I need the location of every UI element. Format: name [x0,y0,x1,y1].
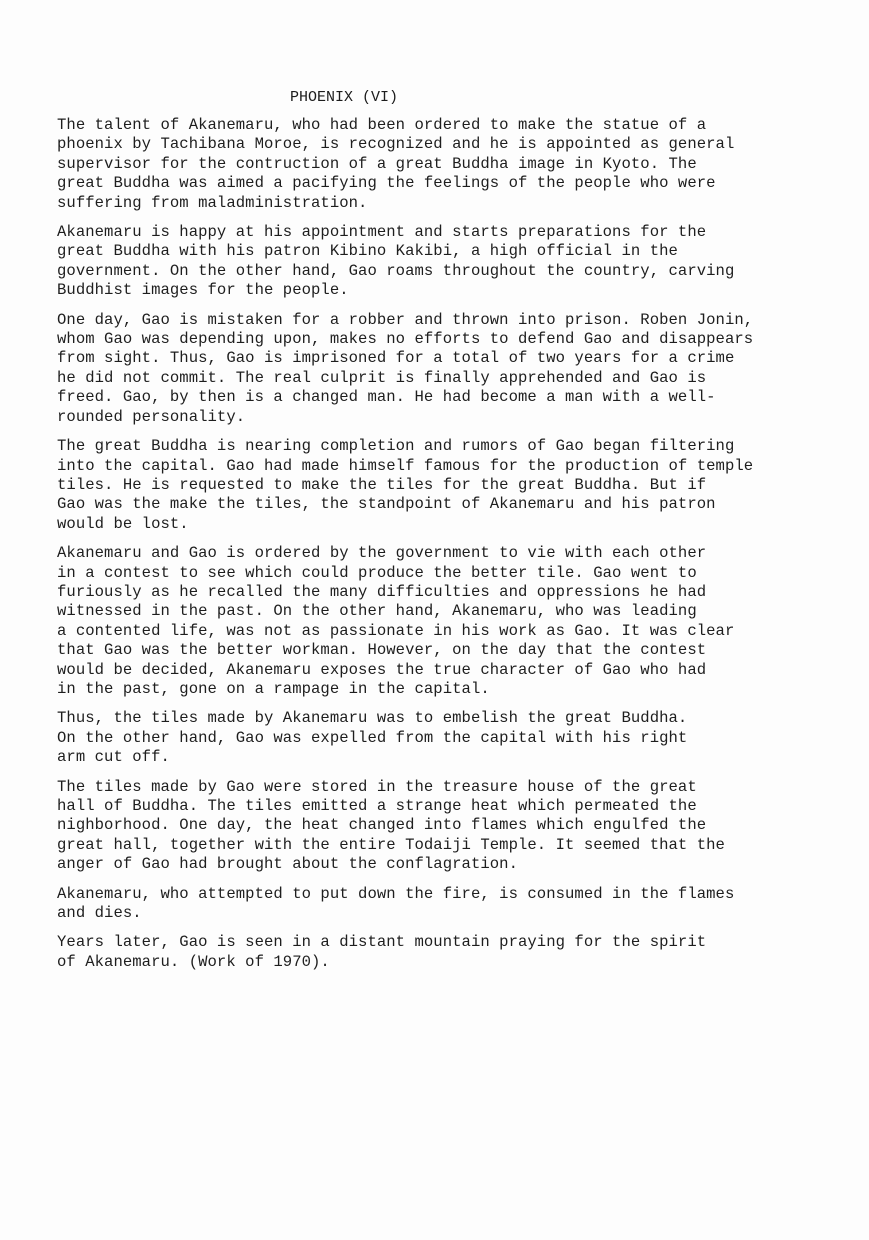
paragraph: Thus, the tiles made by Akanemaru was to… [57,709,817,767]
text-line: great Buddha with his patron Kibino Kaki… [57,242,817,261]
text-line: and dies. [57,904,817,923]
text-line: Years later, Gao is seen in a distant mo… [57,933,817,952]
text-line: On the other hand, Gao was expelled from… [57,729,817,748]
text-line: rounded personality. [57,408,817,427]
text-line: a contented life, was not as passionate … [57,622,817,641]
text-line: Buddhist images for the people. [57,281,817,300]
text-line: whom Gao was depending upon, makes no ef… [57,330,817,349]
text-line: furiously as he recalled the many diffic… [57,583,817,602]
text-line: phoenix by Tachibana Moroe, is recognize… [57,135,817,154]
text-line: witnessed in the past. On the other hand… [57,602,817,621]
text-line: he did not commit. The real culprit is f… [57,369,817,388]
text-line: would be decided, Akanemaru exposes the … [57,661,817,680]
text-line: would be lost. [57,515,817,534]
text-line: supervisor for the contruction of a grea… [57,155,817,174]
text-line: from sight. Thus, Gao is imprisoned for … [57,349,817,368]
text-line: in a contest to see which could produce … [57,564,817,583]
text-line: The tiles made by Gao were stored in the… [57,778,817,797]
text-line: The talent of Akanemaru, who had been or… [57,116,817,135]
paragraph: Years later, Gao is seen in a distant mo… [57,933,817,972]
paragraph: The talent of Akanemaru, who had been or… [57,116,817,213]
text-line: Gao was the make the tiles, the standpoi… [57,495,817,514]
text-line: freed. Gao, by then is a changed man. He… [57,388,817,407]
text-line: in the past, gone on a rampage in the ca… [57,680,817,699]
text-line: nighborhood. One day, the heat changed i… [57,816,817,835]
text-line: Akanemaru, who attempted to put down the… [57,885,817,904]
paragraph: Akanemaru, who attempted to put down the… [57,885,817,924]
document-page: PHOENIX (VI) The talent of Akanemaru, wh… [0,0,869,1240]
text-line: anger of Gao had brought about the confl… [57,855,817,874]
document-body: The talent of Akanemaru, who had been or… [57,116,817,982]
text-line: Akanemaru and Gao is ordered by the gove… [57,544,817,563]
text-line: Thus, the tiles made by Akanemaru was to… [57,709,817,728]
text-line: suffering from maladministration. [57,194,817,213]
text-line: great Buddha was aimed a pacifying the f… [57,174,817,193]
paragraph: Akanemaru is happy at his appointment an… [57,223,817,301]
text-line: The great Buddha is nearing completion a… [57,437,817,456]
text-line: great hall, together with the entire Tod… [57,836,817,855]
paragraph: The great Buddha is nearing completion a… [57,437,817,534]
paragraph: One day, Gao is mistaken for a robber an… [57,311,817,427]
text-line: government. On the other hand, Gao roams… [57,262,817,281]
text-line: hall of Buddha. The tiles emitted a stra… [57,797,817,816]
text-line: Akanemaru is happy at his appointment an… [57,223,817,242]
document-title: PHOENIX (VI) [290,89,398,106]
text-line: of Akanemaru. (Work of 1970). [57,953,817,972]
text-line: tiles. He is requested to make the tiles… [57,476,817,495]
text-line: into the capital. Gao had made himself f… [57,457,817,476]
text-line: arm cut off. [57,748,817,767]
paragraph: The tiles made by Gao were stored in the… [57,778,817,875]
text-line: One day, Gao is mistaken for a robber an… [57,311,817,330]
paragraph: Akanemaru and Gao is ordered by the gove… [57,544,817,699]
text-line: that Gao was the better workman. However… [57,641,817,660]
